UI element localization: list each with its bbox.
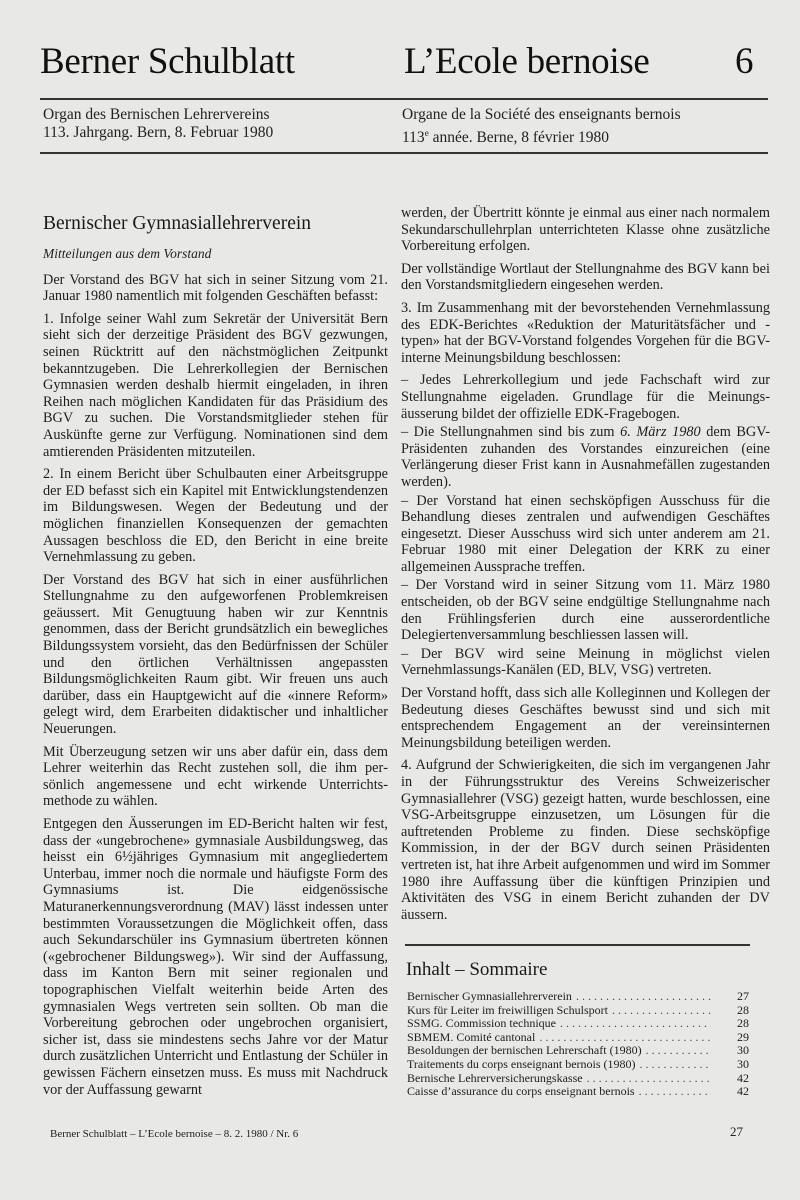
newspaper-page: Berner Schulblatt L’Ecole bernoise 6 Org… bbox=[0, 0, 800, 1200]
toc-top-rule bbox=[405, 944, 750, 946]
volume-french-date: année. Berne, 8 février 1980 bbox=[429, 129, 609, 146]
toc-entry-label: SSMG. Commission technique bbox=[407, 1017, 556, 1031]
deadline-date: 6. März 1980 bbox=[620, 424, 701, 440]
article-subheading: Mitteilungen aus dem Vorstand bbox=[43, 246, 388, 263]
toc-entry-page: 28 bbox=[725, 1004, 749, 1018]
toc-leader-dots bbox=[572, 990, 711, 1004]
article-paragraph: – Jedes Lehrerkollegium und jede Fachsch… bbox=[401, 372, 770, 422]
volume-french-number: 113 bbox=[402, 129, 425, 146]
article-paragraph: 3. Im Zusammenhang mit der bevorstehende… bbox=[401, 300, 770, 366]
toc-entry-label: Kurs für Leiter im freiwilligen Schulspo… bbox=[407, 1004, 608, 1018]
deadline-paragraph: – Die Stellungnahmen sind bis zum 6. Mär… bbox=[401, 424, 770, 490]
volume-german: 113. Jahrgang. Bern, 8. Februar 1980 bbox=[43, 124, 273, 142]
toc-entry-label: Bernischer Gymnasiallehrerverein bbox=[407, 990, 572, 1004]
article-paragraph: Mit Überzeugung setzen wir uns aber dafü… bbox=[43, 744, 388, 810]
toc-leader-dots bbox=[642, 1044, 711, 1058]
table-of-contents: Bernischer Gymnasiallehrerverein27 Kurs … bbox=[407, 990, 749, 1099]
article-right-column: werden, der Übertritt könnte je einmal a… bbox=[401, 205, 770, 929]
organ-german: Organ des Bernischen Lehrervereins bbox=[43, 106, 270, 124]
toc-entry[interactable]: Bernische Lehrerversicherungskasse42 bbox=[407, 1072, 749, 1086]
toc-entry-label: Besoldungen der bernischen Lehrerschaft … bbox=[407, 1044, 642, 1058]
toc-leader-dots bbox=[556, 1017, 711, 1031]
toc-entry[interactable]: Bernischer Gymnasiallehrerverein27 bbox=[407, 990, 749, 1004]
article-paragraph: Der Vorstand hofft, dass sich alle Kolle… bbox=[401, 685, 770, 751]
toc-entry[interactable]: Kurs für Leiter im freiwilligen Schulspo… bbox=[407, 1004, 749, 1018]
toc-leader-dots bbox=[608, 1004, 711, 1018]
issue-number: 6 bbox=[735, 40, 754, 84]
article-paragraph: – Der Vorstand wird in seiner Sitzung vo… bbox=[401, 577, 770, 643]
toc-entry-page: 30 bbox=[725, 1044, 749, 1058]
masthead-top-rule bbox=[40, 98, 768, 100]
toc-entry-label: SBMEM. Comité cantonal bbox=[407, 1031, 535, 1045]
article-paragraph: 2. In einem Bericht über Schulbauten ein… bbox=[43, 466, 388, 566]
toc-entry-label: Caisse d’assurance du corps enseignant b… bbox=[407, 1085, 635, 1099]
toc-entry[interactable]: SSMG. Commission technique28 bbox=[407, 1017, 749, 1031]
toc-entry-page: 42 bbox=[725, 1085, 749, 1099]
toc-entry-label: Traitements du corps enseignant bernois … bbox=[407, 1058, 636, 1072]
toc-entry-page: 29 bbox=[725, 1031, 749, 1045]
organ-french: Organe de la Société des enseignants ber… bbox=[402, 106, 681, 124]
toc-entry[interactable]: Besoldungen der bernischen Lehrerschaft … bbox=[407, 1044, 749, 1058]
toc-leader-dots bbox=[636, 1058, 711, 1072]
article-paragraph: Der vollständige Wortlaut der Stellungna… bbox=[401, 261, 770, 294]
article-paragraph: Der Vorstand des BGV hat sich in einer a… bbox=[43, 572, 388, 738]
article-paragraph: Entgegen den Äusserungen im ED-Bericht h… bbox=[43, 816, 388, 1098]
toc-entry[interactable]: SBMEM. Comité cantonal29 bbox=[407, 1031, 749, 1045]
article-paragraph: – Der Vorstand hat einen sechsköpfigen A… bbox=[401, 493, 770, 576]
article-left-column: Bernischer Gymnasiallehrerverein Mitteil… bbox=[43, 212, 388, 1104]
toc-leader-dots bbox=[583, 1072, 711, 1086]
masthead-title-german: Berner Schulblatt bbox=[40, 40, 295, 84]
toc-entry-page: 30 bbox=[725, 1058, 749, 1072]
article-paragraph: – Der BGV wird seine Meinung in möglichs… bbox=[401, 646, 770, 679]
page-number: 27 bbox=[730, 1124, 743, 1140]
volume-french: 113e année. Berne, 8 février 1980 bbox=[402, 124, 609, 147]
running-footer: Berner Schulblatt – L’Ecole bernoise – 8… bbox=[50, 1128, 298, 1140]
toc-leader-dots bbox=[535, 1031, 711, 1045]
masthead-title-french: L’Ecole bernoise bbox=[404, 40, 650, 84]
deadline-text-before: – Die Stellungnahmen sind bis zum bbox=[401, 424, 620, 440]
toc-title: Inhalt – Sommaire bbox=[406, 958, 547, 982]
article-paragraph: werden, der Übertritt könnte je einmal a… bbox=[401, 205, 770, 255]
toc-leader-dots bbox=[635, 1085, 711, 1099]
toc-entry-label: Bernische Lehrerversicherungskasse bbox=[407, 1072, 583, 1086]
article-heading: Bernischer Gymnasiallehrerverein bbox=[43, 212, 388, 236]
toc-entry[interactable]: Traitements du corps enseignant bernois … bbox=[407, 1058, 749, 1072]
article-paragraph: 1. Infolge seiner Wahl zum Sekretär der … bbox=[43, 311, 388, 460]
toc-entry-page: 42 bbox=[725, 1072, 749, 1086]
toc-entry-page: 28 bbox=[725, 1017, 749, 1031]
masthead-bottom-rule bbox=[40, 152, 768, 154]
toc-entry[interactable]: Caisse d’assurance du corps enseignant b… bbox=[407, 1085, 749, 1099]
article-paragraph: Der Vorstand des BGV hat sich in seiner … bbox=[43, 272, 388, 305]
toc-entry-page: 27 bbox=[725, 990, 749, 1004]
article-paragraph: 4. Aufgrund der Schwierigkeiten, die sic… bbox=[401, 757, 770, 923]
